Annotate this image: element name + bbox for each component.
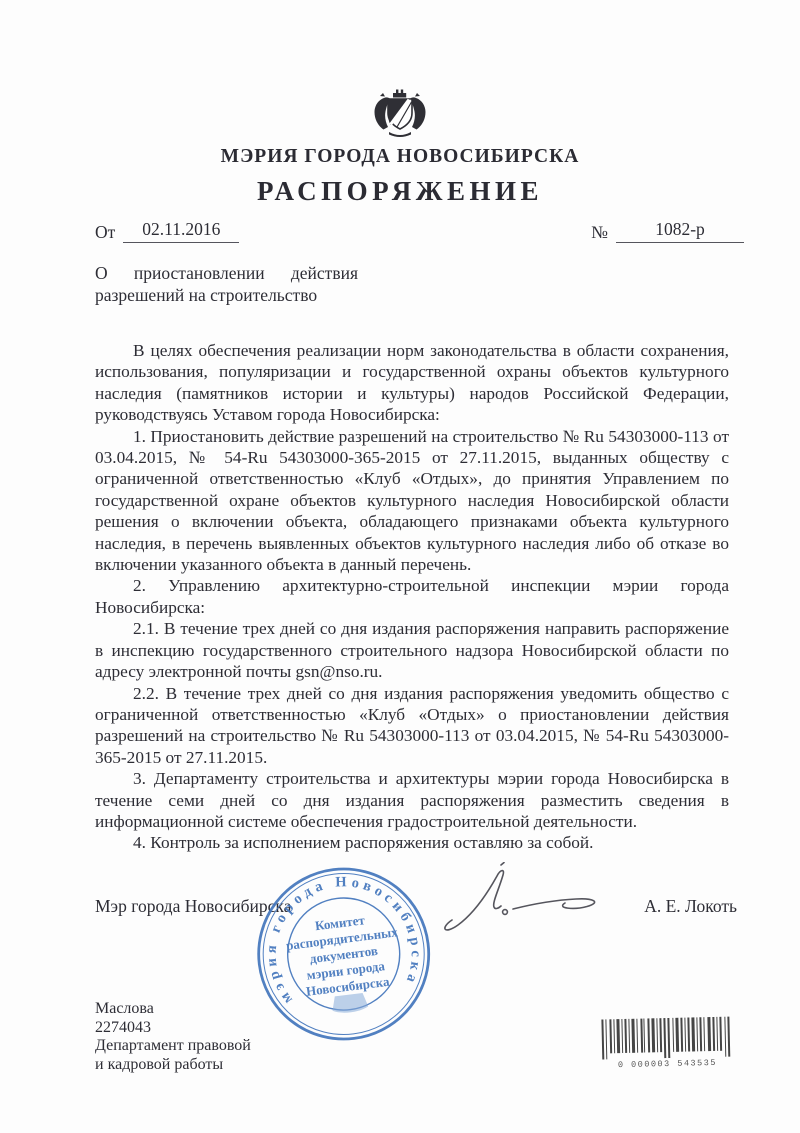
meta-row: От 02.11.2016 № 1082-р [95,219,744,243]
date-value: 02.11.2016 [123,219,239,243]
date-group: От 02.11.2016 [95,219,239,243]
executor-department: и кадровой работы [95,1056,251,1075]
executor-contact-block: Маслова 2274043 Департамент правовой и к… [95,1000,251,1074]
org-name: МЭРИЯ ГОРОДА НОВОСИБИРСКА [0,146,800,168]
body-paragraph: 2. Управлению архитектурно-строительной … [95,575,729,618]
date-label: От [95,222,115,243]
scanned-document-page: МЭРИЯ ГОРОДА НОВОСИБИРСКА РАСПОРЯЖЕНИЕ О… [0,0,800,1133]
document-body: В целях обеспечения реализации норм зако… [95,340,729,854]
body-paragraph: 3. Департаменту строительства и архитект… [95,768,729,832]
stamp-emblem-shape [331,993,369,1015]
doc-type-title: РАСПОРЯЖЕНИЕ [0,176,800,207]
executor-department: Департамент правовой [95,1037,251,1056]
number-value: 1082-р [616,219,744,243]
novosibirsk-coat-of-arms-icon [367,82,433,149]
body-paragraph: 1. Приостановить действие разрешений на … [95,426,729,576]
body-paragraph: 2.1. В течение трех дней со дня издания … [95,618,729,682]
barcode-digits: 0 000003 543535 [618,1058,717,1070]
signer-name: А. Е. Локоть [644,896,737,917]
number-group: № 1082-р [591,219,744,243]
official-round-stamp: мэрия города Новосибирска Комитет распор… [243,854,444,1060]
body-paragraph: В целях обеспечения реализации норм зако… [95,340,729,426]
executor-name: Маслова [95,1000,251,1019]
body-paragraph: 4. Контроль за исполнением распоряжения … [95,832,729,853]
document-subject: О приостановлении действия разрешений на… [95,263,358,307]
handwritten-signature-icon [438,862,618,945]
number-label: № [591,222,608,243]
document-barcode: 0 000003 543535 [593,1014,742,1076]
executor-phone: 2274043 [95,1019,251,1038]
body-paragraph: 2.2. В течение трех дней со дня издания … [95,683,729,769]
